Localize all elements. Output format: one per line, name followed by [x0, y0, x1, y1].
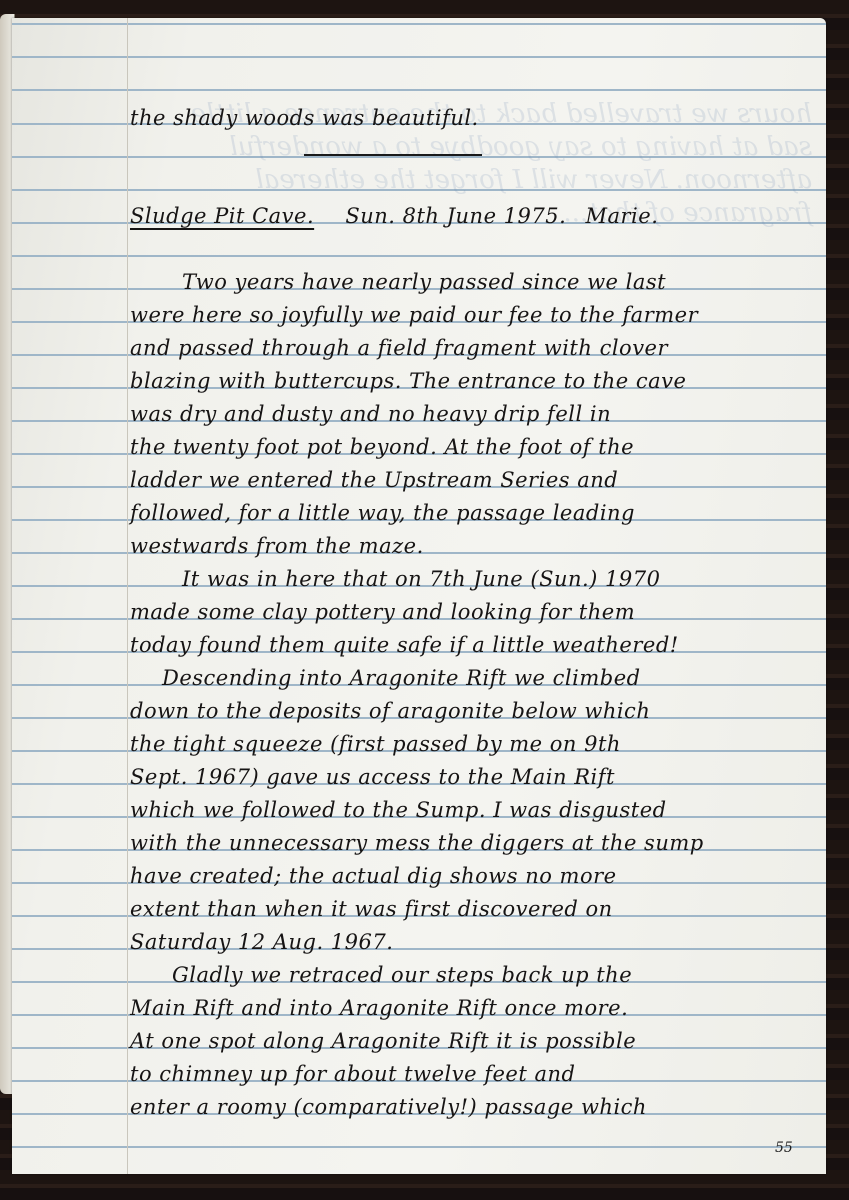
body-line: have created; the actual dig shows no mo…: [130, 864, 617, 888]
body-line: Two years have nearly passed since we la…: [182, 270, 666, 294]
section-divider: [304, 154, 482, 156]
entry-date: Sun. 8th June 1975.: [345, 204, 566, 228]
entry-title: Sludge Pit Cave.: [130, 204, 314, 228]
body-line: Descending into Aragonite Rift we climbe…: [162, 666, 641, 690]
body-line: westwards from the maze.: [130, 534, 424, 558]
body-line: Saturday 12 Aug. 1967.: [130, 930, 393, 954]
body-line: extent than when it was first discovered…: [130, 897, 613, 921]
body-line: were here so joyfully we paid our fee to…: [130, 303, 698, 327]
body-line: made some clay pottery and looking for t…: [130, 600, 635, 624]
body-line: followed, for a little way, the passage …: [130, 501, 635, 525]
body-line: At one spot along Aragonite Rift it is p…: [130, 1029, 636, 1053]
notebook-page: hours we travelled back to the entrance …: [12, 18, 826, 1174]
entry-companion: Marie.: [586, 204, 659, 228]
body-line: the tight squeeze (first passed by me on…: [130, 732, 621, 756]
body-line: to chimney up for about twelve feet and: [130, 1062, 575, 1086]
body-line: the twenty foot pot beyond. At the foot …: [130, 435, 634, 459]
body-line: which we followed to the Sump. I was dis…: [130, 798, 667, 822]
body-line: Gladly we retraced our steps back up the: [172, 963, 632, 987]
entry-heading: Sludge Pit Cave. Sun. 8th June 1975. Mar…: [130, 204, 658, 228]
page-number: 55: [775, 1140, 793, 1156]
body-line: was dry and dusty and no heavy drip fell…: [130, 402, 611, 426]
body-line: Main Rift and into Aragonite Rift once m…: [130, 996, 628, 1020]
body-line: Sept. 1967) gave us access to the Main R…: [130, 765, 615, 789]
opening-line: the shady woods was beautiful.: [130, 106, 479, 130]
body-line: ladder we entered the Upstream Series an…: [130, 468, 618, 492]
body-line: blazing with buttercups. The entrance to…: [130, 369, 686, 393]
margin-line: [127, 18, 128, 1174]
body-line: with the unnecessary mess the diggers at…: [130, 831, 704, 855]
body-line: enter a roomy (comparatively!) passage w…: [130, 1095, 647, 1119]
body-line: down to the deposits of aragonite below …: [130, 699, 650, 723]
body-line: It was in here that on 7th June (Sun.) 1…: [182, 567, 661, 591]
body-line: today found them quite safe if a little …: [130, 633, 679, 657]
body-line: and passed through a field fragment with…: [130, 336, 668, 360]
